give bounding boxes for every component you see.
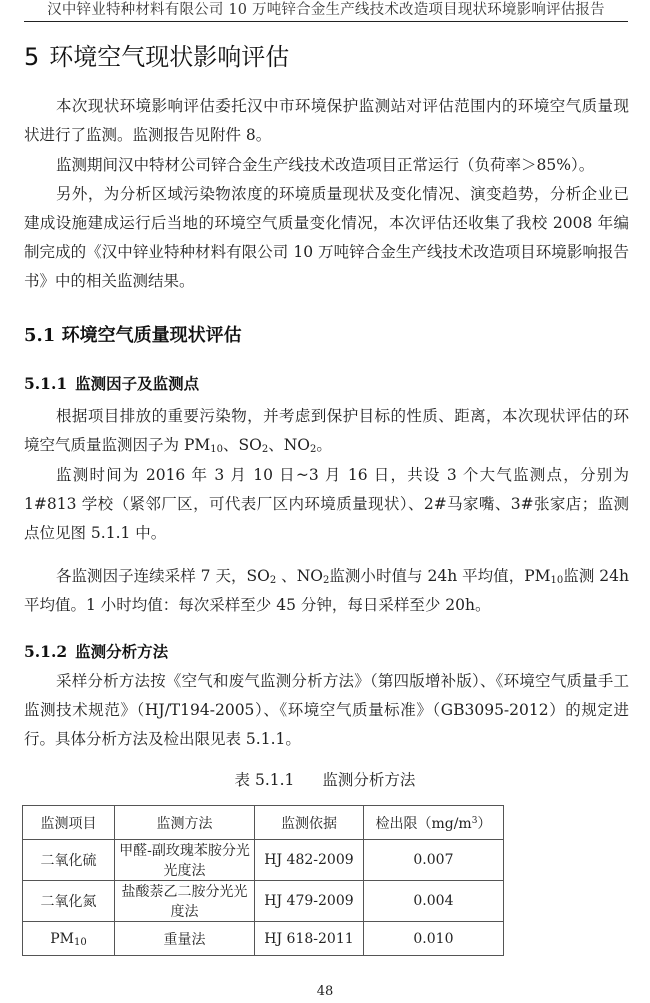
cell-basis: HJ 479-2009 [255, 881, 364, 922]
cell-method: 甲醛-副玫瑰苯胺分光光度法 [115, 840, 255, 881]
table-row: 二氧化氮 盐酸萘乙二胺分光光度法 HJ 479-2009 0.004 [23, 881, 504, 922]
cell-basis: HJ 618-2011 [255, 922, 364, 956]
cell-item: 二氧化氮 [23, 881, 115, 922]
header-cell: 监测依据 [255, 806, 364, 840]
cell-method: 重量法 [115, 922, 255, 956]
table-row: PM10 重量法 HJ 618-2011 0.010 [23, 922, 504, 956]
cell-limit: 0.004 [363, 881, 503, 922]
running-header: 汉中锌业特种材料有限公司 10 万吨锌合金生产线技术改造项目现状环境影响评估报告 [24, 0, 628, 22]
header-cell: 监测项目 [23, 806, 115, 840]
cell-limit: 0.007 [363, 840, 503, 881]
paragraph-sampling: 各监测因子连续采样 7 天，SO2 、NO2监测小时值与 24h 平均值，PM1… [24, 562, 629, 620]
table-caption-title: 监测分析方法 [322, 771, 415, 789]
cell-method: 盐酸萘乙二胺分光光度法 [115, 881, 255, 922]
cell-basis: HJ 482-2009 [255, 840, 364, 881]
chapter-heading: 5环境空气现状影响评估 [24, 42, 289, 72]
intro-paragraph-3: 另外，为分析区域污染物浓度的环境质量现状及变化情况、演变趋势，分析企业已建成设施… [24, 180, 629, 296]
intro-paragraph-2: 监测期间汉中特材公司锌合金生产线技术改造项目正常运行（负荷率＞85%）。 [24, 151, 629, 180]
chapter-number: 5 [24, 43, 39, 71]
section-heading-5-1: 5.1 环境空气质量现状评估 [24, 323, 242, 349]
intro-paragraph-1: 本次现状环境影响评估委托汉中市环境保护监测站对评估范围内的环境空气质量现状进行了… [24, 92, 629, 150]
page-number: 48 [0, 984, 650, 999]
cell-item: PM10 [23, 922, 115, 956]
section-number: 5.1.1 [24, 374, 67, 393]
paragraph-analysis-methods: 采样分析方法按《空气和废气监测分析方法》（第四版增补版）、《环境空气质量手工监测… [24, 667, 629, 754]
section-title: 监测分析方法 [75, 642, 168, 661]
monitoring-methods-table: 监测项目 监测方法 监测依据 检出限（mg/m3） 二氧化硫 甲醛-副玫瑰苯胺分… [22, 805, 504, 956]
table-caption: 表 5.1.1监测分析方法 [0, 768, 650, 792]
paragraph-monitoring-points: 监测时间为 2016 年 3 月 10 日~3 月 16 日，共设 3 个大气监… [24, 461, 629, 548]
running-header-title: 汉中锌业特种材料有限公司 10 万吨锌合金生产线技术改造项目现状环境影响评估报告 [47, 2, 605, 18]
cell-item: 二氧化硫 [23, 840, 115, 881]
section-number: 5.1.2 [24, 642, 67, 661]
header-cell: 监测方法 [115, 806, 255, 840]
table-row: 二氧化硫 甲醛-副玫瑰苯胺分光光度法 HJ 482-2009 0.007 [23, 840, 504, 881]
section-number: 5.1 [24, 325, 55, 346]
section-heading-5-1-1: 5.1.1监测因子及监测点 [24, 372, 199, 396]
section-title: 环境空气质量现状评估 [62, 325, 242, 346]
chapter-title: 环境空气现状影响评估 [49, 43, 289, 71]
section-title: 监测因子及监测点 [75, 374, 199, 393]
header-cell: 检出限（mg/m3） [363, 806, 503, 840]
table-header-row: 监测项目 监测方法 监测依据 检出限（mg/m3） [23, 806, 504, 840]
table-caption-number: 表 5.1.1 [235, 771, 295, 789]
section-heading-5-1-2: 5.1.2监测分析方法 [24, 640, 168, 664]
paragraph-monitoring-factors: 根据项目排放的重要污染物，并考虑到保护目标的性质、距离，本次现状评估的环境空气质… [24, 402, 629, 460]
cell-limit: 0.010 [363, 922, 503, 956]
